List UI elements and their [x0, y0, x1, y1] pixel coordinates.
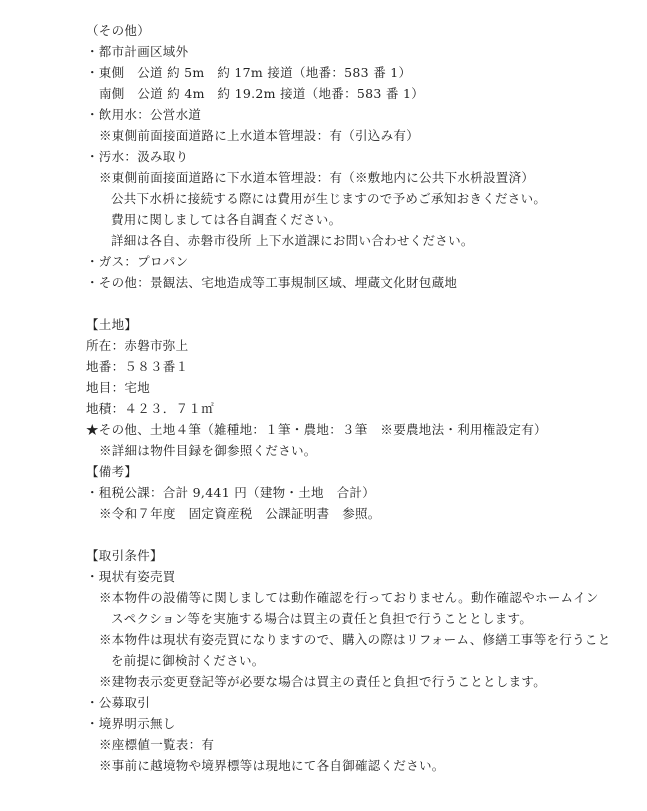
text-line: ※東側前面接面道路に上水道本管埋設：有（引込み有）: [99, 128, 419, 144]
text-line: 地番：５８３番１: [86, 359, 188, 375]
text-line: 公共下水枡に接続する際には費用が生じますので予めご承知おきください。: [111, 191, 546, 207]
text-line: ・租税公課：合計 9,441 円（建物・土地 合計）: [86, 485, 375, 501]
text-line: 【土地】: [86, 317, 137, 333]
text-line: ※詳細は物件目録を御参照ください。: [99, 443, 317, 459]
text-line: ・飲用水：公営水道: [86, 107, 201, 123]
text-line: ※事前に越境物や境界標等は現地にて各自御確認ください。: [99, 758, 445, 774]
text-line: 詳細は各自、赤磐市役所 上下水道課にお問い合わせください。: [111, 233, 474, 249]
text-line: を前提に御検討ください。: [111, 653, 265, 669]
text-line: スペクション等を実施する場合は買主の責任と負担で行うこととします。: [111, 611, 532, 627]
text-line: ・その他：景観法、宅地造成等工事規制区域、埋蔵文化財包蔵地: [86, 275, 457, 291]
text-line: （その他）: [86, 23, 150, 39]
text-line: 費用に関しましては各自調査ください。: [111, 212, 341, 228]
text-line: ・境界明示無し: [86, 716, 176, 732]
text-line: 【備考】: [86, 464, 137, 480]
text-line: 地積：４２３．７１㎡: [86, 401, 214, 417]
text-line: ・ガス：プロパン: [86, 254, 188, 270]
text-line: 所在：赤磐市弥上: [86, 338, 188, 354]
text-line: ※東側前面接面道路に下水道本管埋設：有（※敷地内に公共下水枡設置済）: [99, 170, 534, 186]
text-line: ・公募取引: [86, 695, 150, 711]
text-line: ・東側 公道 約 5m 約 17m 接道（地番：583 番 1）: [86, 65, 411, 81]
text-line: 南側 公道 約 4m 約 19.2m 接道（地番：583 番 1）: [99, 86, 424, 102]
text-line: ・汚水：汲み取り: [86, 149, 188, 165]
text-line: ※本物件は現状有姿売買になりますので、購入の際はリフォーム、修繕工事等を行うこと: [99, 632, 611, 648]
text-line: ※建物表示変更登記等が必要な場合は買主の責任と負担で行うこととします。: [99, 674, 546, 690]
text-line: ※令和７年度 固定資産税 公課証明書 参照。: [99, 506, 381, 522]
text-line: ★その他、土地４筆（雑種地：１筆・農地：３筆 ※要農地法・利用権設定有）: [86, 422, 547, 438]
text-line: ※座標値一覧表：有: [99, 737, 214, 753]
text-line: ・都市計画区域外: [86, 44, 188, 60]
text-line: 【取引条件】: [86, 548, 163, 564]
text-line: 地目：宅地: [86, 380, 150, 396]
text-line: ※本物件の設備等に関しましては動作確認を行っておりません。動作確認やホームイン: [99, 590, 599, 606]
text-line: ・現状有姿売買: [86, 569, 176, 585]
